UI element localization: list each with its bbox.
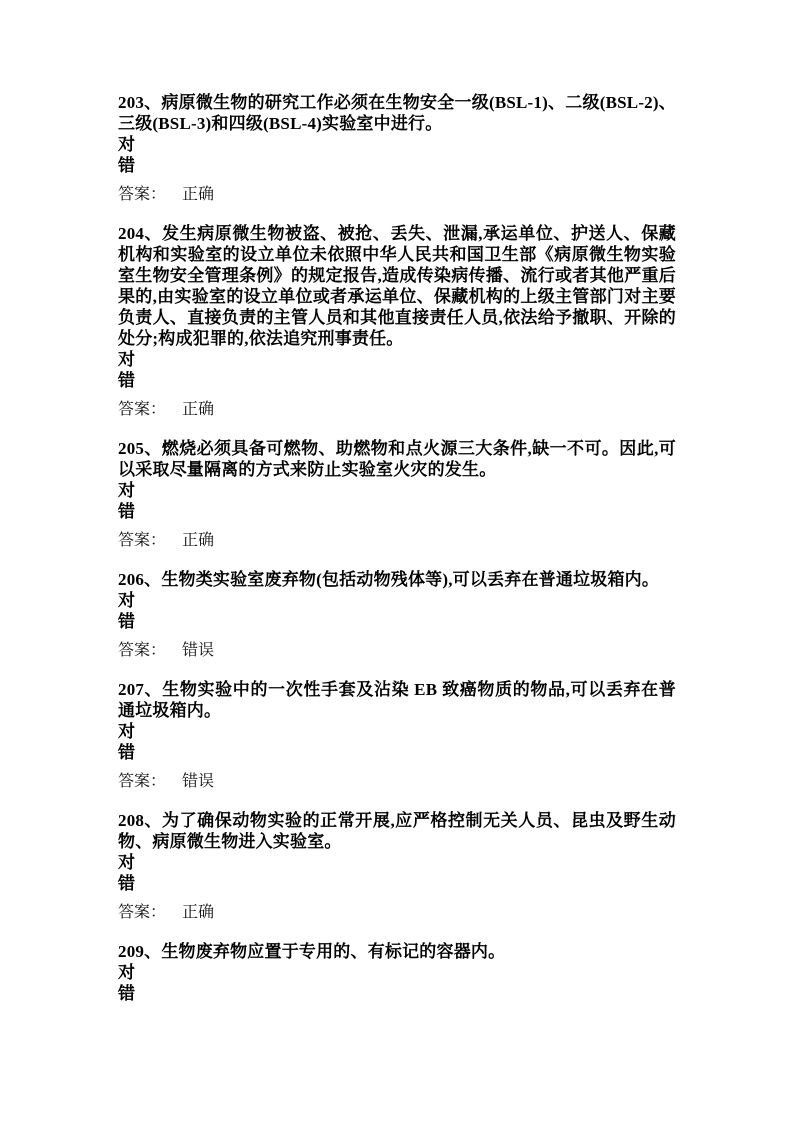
question-body: 为了确保动物实验的正常开展,应严格控制无关人员、昆虫及野生动物、病原微生物进入实…	[118, 811, 676, 851]
answer-row: 答案：正确	[118, 902, 676, 923]
question-body: 生物废弃物应置于专用的、有标记的容器内。	[161, 942, 505, 961]
question-text: 203、病原微生物的研究工作必须在生物安全一级(BSL-1)、二级(BSL-2)…	[118, 92, 676, 134]
answer-label: 答案：	[118, 904, 166, 921]
question-text: 207、生物实验中的一次性手套及沾染 EB 致癌物质的物品,可以丢弃在普通垃圾箱…	[118, 679, 676, 721]
option-true[interactable]: 对	[118, 134, 676, 155]
option-false[interactable]: 错	[118, 742, 676, 763]
question-text: 205、燃烧必须具备可燃物、助燃物和点火源三大条件,缺一不可。因此,可以采取尽量…	[118, 438, 676, 480]
answer-label: 答案：	[118, 532, 166, 549]
question-body: 生物实验中的一次性手套及沾染 EB 致癌物质的物品,可以丢弃在普通垃圾箱内。	[118, 680, 676, 720]
question-number: 203、	[118, 93, 161, 112]
question-body: 病原微生物的研究工作必须在生物安全一级(BSL-1)、二级(BSL-2)、三级(…	[118, 93, 676, 133]
answer-value: 错误	[182, 773, 214, 790]
option-true[interactable]: 对	[118, 349, 676, 370]
question-block: 208、为了确保动物实验的正常开展,应严格控制无关人员、昆虫及野生动物、病原微生…	[118, 810, 676, 923]
question-number: 207、	[118, 680, 162, 699]
answer-value: 错误	[182, 642, 214, 659]
question-number: 205、	[118, 439, 162, 458]
question-number: 206、	[118, 570, 161, 589]
document-page: 203、病原微生物的研究工作必须在生物安全一级(BSL-1)、二级(BSL-2)…	[0, 0, 793, 1122]
question-block: 204、发生病原微生物被盗、被抢、丢失、泄漏,承运单位、护送人、保藏机构和实验室…	[118, 223, 676, 420]
question-text: 208、为了确保动物实验的正常开展,应严格控制无关人员、昆虫及野生动物、病原微生…	[118, 810, 676, 852]
question-number: 209、	[118, 942, 161, 961]
option-false[interactable]: 错	[118, 155, 676, 176]
question-text: 209、生物废弃物应置于专用的、有标记的容器内。	[118, 941, 676, 962]
answer-label: 答案：	[118, 773, 166, 790]
question-block: 206、生物类实验室废弃物(包括动物残体等),可以丢弃在普通垃圾箱内。对错答案：…	[118, 569, 676, 661]
answer-row: 答案：错误	[118, 771, 676, 792]
question-number: 204、	[118, 224, 162, 243]
answer-row: 答案：正确	[118, 530, 676, 551]
answer-label: 答案：	[118, 186, 166, 203]
answer-row: 答案：正确	[118, 184, 676, 205]
answer-label: 答案：	[118, 401, 166, 418]
question-block: 205、燃烧必须具备可燃物、助燃物和点火源三大条件,缺一不可。因此,可以采取尽量…	[118, 438, 676, 551]
answer-value: 正确	[182, 904, 214, 921]
question-body: 燃烧必须具备可燃物、助燃物和点火源三大条件,缺一不可。因此,可以采取尽量隔离的方…	[118, 439, 676, 479]
answer-value: 正确	[182, 532, 214, 549]
option-true[interactable]: 对	[118, 721, 676, 742]
question-body: 生物类实验室废弃物(包括动物残体等),可以丢弃在普通垃圾箱内。	[161, 570, 659, 589]
question-number: 208、	[118, 811, 162, 830]
question-block: 203、病原微生物的研究工作必须在生物安全一级(BSL-1)、二级(BSL-2)…	[118, 92, 676, 205]
option-true[interactable]: 对	[118, 962, 676, 983]
option-false[interactable]: 错	[118, 501, 676, 522]
answer-row: 答案：错误	[118, 640, 676, 661]
option-false[interactable]: 错	[118, 370, 676, 391]
option-true[interactable]: 对	[118, 480, 676, 501]
option-true[interactable]: 对	[118, 852, 676, 873]
question-text: 206、生物类实验室废弃物(包括动物残体等),可以丢弃在普通垃圾箱内。	[118, 569, 676, 590]
answer-label: 答案：	[118, 642, 166, 659]
option-true[interactable]: 对	[118, 590, 676, 611]
answer-value: 正确	[182, 401, 214, 418]
option-false[interactable]: 错	[118, 611, 676, 632]
question-block: 207、生物实验中的一次性手套及沾染 EB 致癌物质的物品,可以丢弃在普通垃圾箱…	[118, 679, 676, 792]
question-block: 209、生物废弃物应置于专用的、有标记的容器内。对错	[118, 941, 676, 1004]
option-false[interactable]: 错	[118, 983, 676, 1004]
question-list: 203、病原微生物的研究工作必须在生物安全一级(BSL-1)、二级(BSL-2)…	[118, 92, 676, 1004]
option-false[interactable]: 错	[118, 873, 676, 894]
question-text: 204、发生病原微生物被盗、被抢、丢失、泄漏,承运单位、护送人、保藏机构和实验室…	[118, 223, 676, 349]
answer-value: 正确	[182, 186, 214, 203]
question-body: 发生病原微生物被盗、被抢、丢失、泄漏,承运单位、护送人、保藏机构和实验室的设立单…	[118, 224, 676, 348]
answer-row: 答案：正确	[118, 399, 676, 420]
